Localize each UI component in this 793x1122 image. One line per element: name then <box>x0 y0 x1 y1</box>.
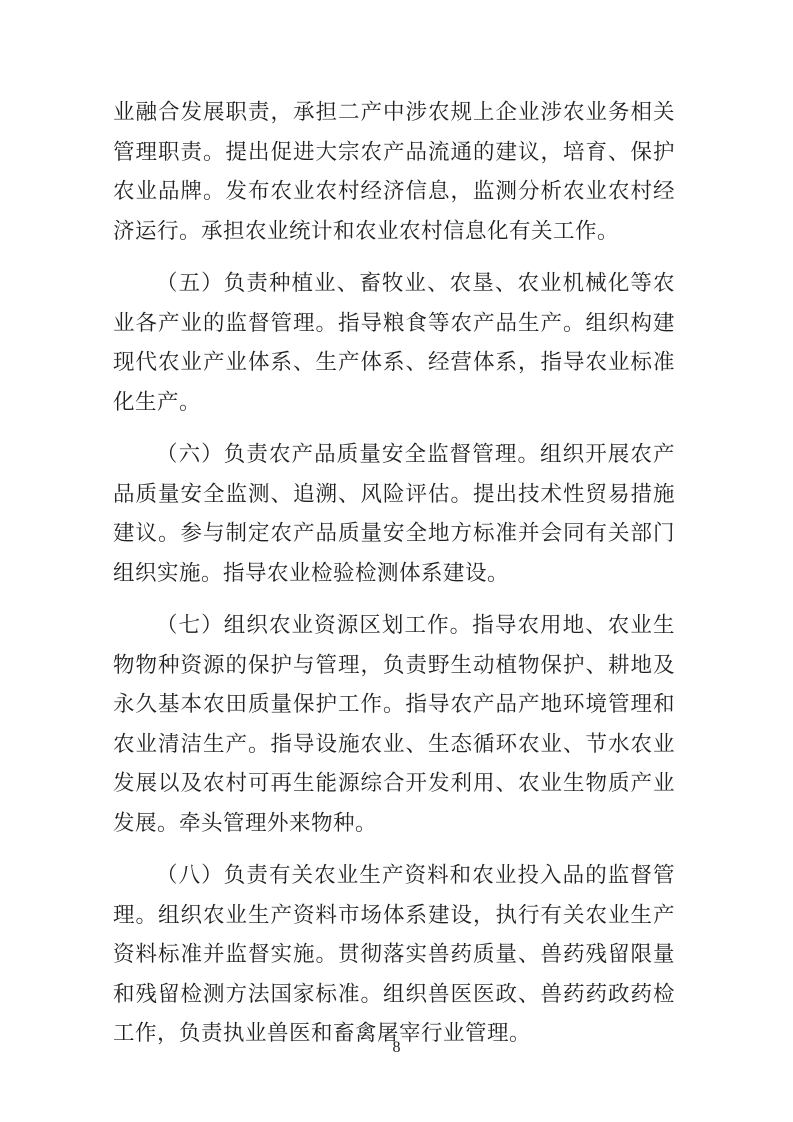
body-paragraph-item-6: （六）负责农产品质量安全监督管理。组织开展农产品质量安全监测、追溯、风险评估。提… <box>113 435 675 593</box>
body-paragraph-item-7: （七）组织农业资源区划工作。指导农用地、农业生物物种资源的保护与管理，负责野生动… <box>113 606 675 843</box>
body-paragraph-item-5: （五）负责种植业、畜牧业、农垦、农业机械化等农业各产业的监督管理。指导粮食等农产… <box>113 264 675 422</box>
body-paragraph-continuation: 业融合发展职责，承担二产中涉农规上企业涉农业务相关管理职责。提出促进大宗农产品流… <box>113 93 675 251</box>
page-number: 8 <box>0 1038 793 1058</box>
body-paragraph-item-8: （八）负责有关农业生产资料和农业投入品的监督管理。组织农业生产资料市场体系建设，… <box>113 856 675 1054</box>
document-page: 业融合发展职责，承担二产中涉农规上企业涉农业务相关管理职责。提出促进大宗农产品流… <box>0 0 793 1122</box>
document-body: 业融合发展职责，承担二产中涉农规上企业涉农业务相关管理职责。提出促进大宗农产品流… <box>113 93 675 1067</box>
